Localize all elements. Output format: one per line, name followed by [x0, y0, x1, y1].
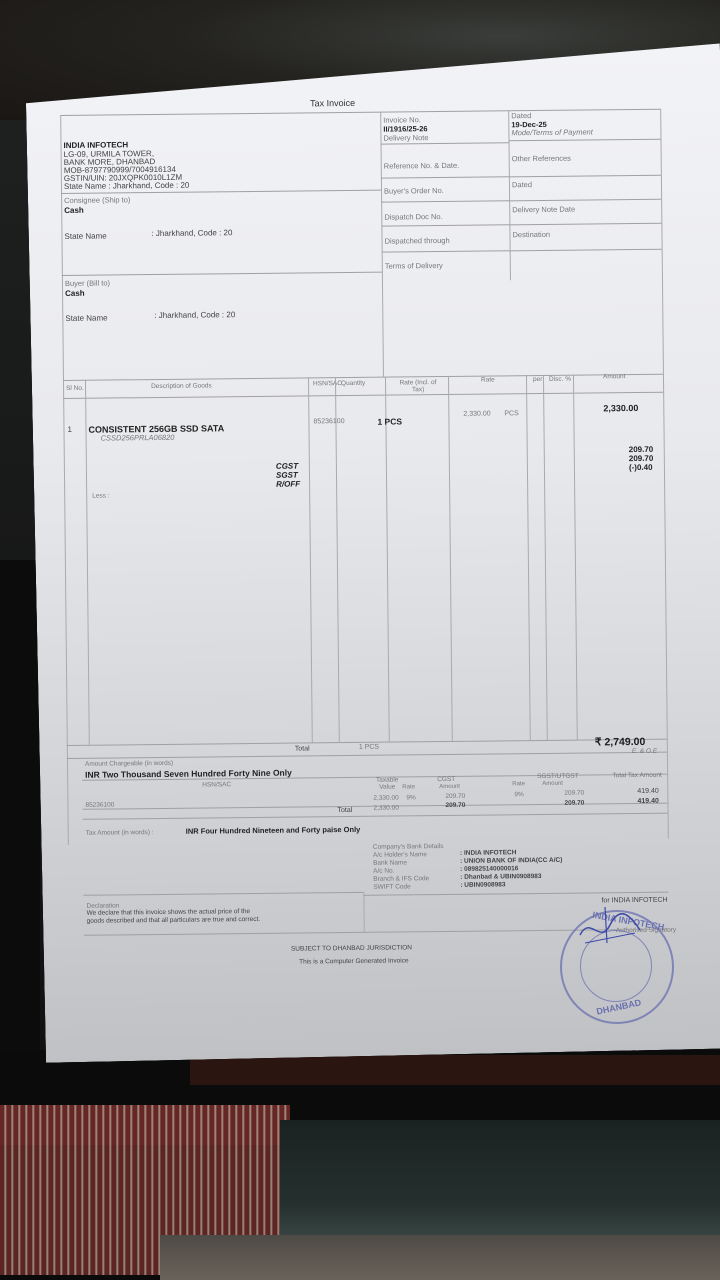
header-sl: Sl No.	[66, 385, 84, 392]
background-dark-left	[0, 560, 40, 1060]
summary-cgst-amount: 209.70	[445, 793, 465, 800]
summary-total-sgst: 209.70	[564, 800, 584, 807]
table-edge	[190, 1055, 720, 1085]
invoice-no: II/1916/25-26	[383, 124, 427, 133]
bank-name: : UNION BANK OF INDIA(CC A/C)	[460, 857, 562, 865]
header-per: per	[533, 376, 542, 383]
summary-total-tax: 419.40	[637, 788, 658, 795]
bank-branch: : Dhanbad & UBIN0908983	[460, 873, 541, 881]
item-sl: 1	[67, 425, 72, 434]
bank-acc: : 089825140000016	[460, 865, 518, 873]
header-disc: Disc. %	[549, 376, 571, 383]
consignee-state-value: : Jharkhand, Code : 20	[151, 228, 232, 238]
summary-total-cgst: 209.70	[445, 802, 465, 809]
summary-header-sgst-amount: Amount	[542, 781, 563, 787]
sgst-label: SGST	[276, 471, 298, 480]
summary-cgst-rate: 9%	[406, 794, 415, 801]
buyer-state-label: State Name	[65, 314, 107, 323]
total-label: Total	[295, 745, 310, 752]
summary-taxable: 2,330.00	[373, 794, 398, 801]
dated-label: Dated	[511, 111, 531, 120]
bank-swift: : UBIN0908983	[460, 881, 505, 888]
amount-words-label: Amount Chargeable (in words)	[85, 760, 173, 768]
consignee-name: Cash	[64, 206, 84, 215]
summary-header-cgst-rate: Rate	[402, 784, 415, 790]
invoice-no-label: Invoice No.	[383, 115, 421, 124]
summary-header-total-tax: Total Tax Amount	[607, 772, 667, 780]
header-quantity: Quantity	[341, 380, 365, 387]
destination-label: Destination	[512, 230, 550, 239]
summary-header-sgst-rate: Rate	[512, 781, 525, 787]
roundoff-label: R/OFF	[276, 480, 300, 489]
consignee-label: Consignee (Ship to)	[64, 195, 130, 205]
buyer-name: Cash	[65, 289, 85, 298]
summary-header-sgst: SGST/UTGST	[537, 773, 579, 780]
buyer-state-value: : Jharkhand, Code : 20	[154, 310, 235, 320]
bank-swift-label: SWIFT Code	[373, 883, 411, 890]
bank-branch-label: Branch & IFS Code	[373, 875, 429, 883]
cgst-amount: 209.70	[629, 445, 654, 454]
item-rate: 2,330.00	[463, 411, 490, 418]
cgst-label: CGST	[276, 462, 298, 471]
buyers-order-label: Buyer's Order No.	[384, 186, 444, 196]
invoice-title: Tax Invoice	[310, 98, 355, 108]
summary-total-total: 419.40	[637, 798, 658, 805]
tax-words-label: Tax Amount (in words) :	[86, 829, 154, 837]
bank-name-label: Bank Name	[373, 859, 407, 866]
header-hsn: HSN/SAC	[313, 380, 342, 387]
item-quantity: 1 PCS	[377, 416, 402, 426]
mode-terms-label: Mode/Terms of Payment	[511, 127, 593, 137]
cloth	[280, 1120, 720, 1240]
signature-icon	[575, 905, 645, 950]
dispatched-through-label: Dispatched through	[385, 236, 450, 246]
other-references-label: Other References	[512, 154, 571, 164]
signatory-for: for INDIA INFOTECH	[601, 897, 667, 905]
header-description: Description of Goods	[151, 382, 212, 390]
eoe-note: E. & O.E	[632, 748, 657, 755]
terms-of-delivery-label: Terms of Delivery	[385, 261, 443, 271]
delivery-note-label: Delivery Note	[383, 133, 428, 142]
bank-acc-label: A/c No.	[373, 868, 394, 875]
summary-header-taxable: Taxable Value	[370, 776, 404, 790]
dispatch-doc-label: Dispatch Doc No.	[384, 212, 442, 222]
summary-total-taxable: 2,330.00	[373, 804, 398, 811]
less-label: Less :	[92, 493, 109, 500]
summary-sgst-amount: 209.70	[564, 790, 584, 797]
summary-header-cgst-amount: Amount	[439, 784, 460, 790]
grand-total: ₹ 2,749.00	[595, 736, 646, 749]
photo-scene: Tax Invoice INDIA INFOTECH LG-09, URMILA…	[0, 0, 720, 1280]
total-quantity: 1 PCS	[359, 744, 379, 751]
header-rate: Rate	[481, 376, 495, 383]
dated2-label: Dated	[512, 180, 532, 189]
bank-holder: : INDIA INFOTECH	[460, 849, 517, 857]
item-amount: 2,330.00	[603, 403, 638, 413]
header-rate-incl-tax: Rate (Incl. of Tax)	[393, 379, 443, 394]
item-serial: CSSD256PRLA06820	[101, 433, 175, 443]
summary-total-label: Total	[337, 807, 352, 814]
header-amount: Amount	[603, 373, 625, 380]
summary-header-hsn: HSN/SAC	[202, 781, 231, 788]
summary-header-cgst: CGST	[437, 776, 455, 783]
bank-holder-label: A/c Holder's Name	[373, 851, 427, 859]
delivery-note-date-label: Delivery Note Date	[512, 205, 575, 215]
item-hsn: 85236100	[313, 418, 344, 425]
item-per: PCS	[504, 410, 518, 417]
tax-words: INR Four Hundred Nineteen and Forty pais…	[186, 825, 361, 836]
consignee-state-label: State Name	[64, 232, 106, 241]
jurisdiction-note: SUBJECT TO DHANBAD JURISDICTION	[291, 944, 412, 952]
bank-title: Company's Bank Details	[373, 843, 444, 851]
buyer-label: Buyer (Bill to)	[65, 278, 110, 287]
seller-state: State Name : Jharkhand, Code : 20	[64, 181, 189, 191]
roundoff-amount: (-)0.40	[629, 463, 653, 472]
reference-label: Reference No. & Date.	[384, 161, 460, 171]
floor	[160, 1235, 720, 1280]
summary-sgst-rate: 9%	[514, 791, 523, 798]
sgst-amount: 209.70	[629, 454, 654, 463]
computer-generated-note: This is a Computer Generated Invoice	[299, 957, 409, 965]
